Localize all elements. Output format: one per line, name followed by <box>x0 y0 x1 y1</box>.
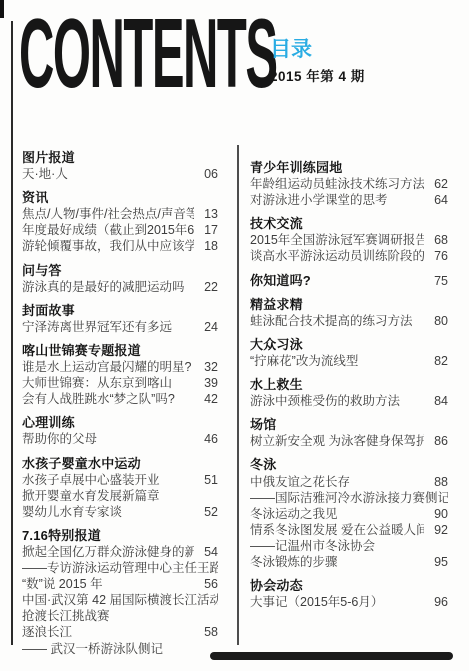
entry-page-number: 62 <box>430 176 448 192</box>
contents-page: CONTENTS 目录 2015 年第 4 期 图片报道天·地·人06资讯焦点/… <box>0 0 469 671</box>
entry-title: 中俄友谊之花长存 <box>250 474 424 490</box>
toc-entry: 谈高水平游泳运动员训练阶段的划分76 <box>250 248 448 264</box>
section-heading-label: 你知道吗? <box>250 273 424 289</box>
toc-entry: 中国·武汉第 42 届国际横渡长江活动暨 <box>22 592 218 608</box>
toc-section: 协会动态大事记（2015年5-6月）96 <box>250 578 448 610</box>
entry-title: 大事记（2015年5-6月） <box>250 594 424 610</box>
entry-page-number: 95 <box>430 554 448 570</box>
toc-entry: 大师世锦赛：从东京到喀山39 <box>22 375 218 391</box>
toc-entry: 天·地·人06 <box>22 166 218 182</box>
toc-entry: 水孩子卓展中心盛装开业51 <box>22 472 218 488</box>
section-heading: 冬泳 <box>250 457 448 473</box>
section-heading-label: 资讯 <box>22 190 218 206</box>
section-heading: 7.16特别报道 <box>22 528 218 544</box>
entry-title: 游轮倾覆事故，我们从中应该学到什么? <box>22 238 194 254</box>
entry-title: 谁是水上运动宫最闪耀的明星? <box>22 359 194 375</box>
entry-title: 宁泽涛离世界冠军还有多远 <box>22 319 194 335</box>
toc-entry: ——记温州市冬泳协会 <box>250 538 448 554</box>
toc-entry: ——国际洁雅河冷水游泳接力赛侧记 <box>250 490 448 506</box>
toc-section: 心理训练帮助你的父母46 <box>22 415 218 447</box>
entry-page-number: 51 <box>200 472 218 488</box>
entry-title: 对游泳进小学课堂的思考 <box>250 192 424 208</box>
left-vertical-rule <box>11 21 13 645</box>
toc-entry: 谁是水上运动宫最闪耀的明星?32 <box>22 359 218 375</box>
section-heading: 协会动态 <box>250 578 448 594</box>
entry-page-number: 46 <box>200 431 218 447</box>
entry-page-number: 39 <box>200 375 218 391</box>
toc-entry: 年度最好成绩（截止到2015年6月30日）17 <box>22 222 218 238</box>
toc-section: 场馆树立新安全观 为泳客健身保驾护航86 <box>250 417 448 449</box>
toc-section: 问与答游泳真的是最好的减肥运动吗22 <box>22 263 218 295</box>
toc-entry: 掀起全国亿万群众游泳健身的新高潮54 <box>22 544 218 560</box>
toc-entry: “数”说 2015 年56 <box>22 576 218 592</box>
toc-entry: 逐浪长江58 <box>22 624 218 640</box>
section-heading-label: 7.16特别报道 <box>22 528 218 544</box>
entry-title: 游泳真的是最好的减肥运动吗 <box>22 279 194 295</box>
section-heading-label: 冬泳 <box>250 457 448 473</box>
entry-page-number: 84 <box>430 393 448 409</box>
toc-entry: 冬泳锻炼的步骤95 <box>250 554 448 570</box>
print-corner-mark <box>0 0 4 18</box>
toc-section: 水孩子婴童水中运动水孩子卓展中心盛装开业51掀开婴童水育发展新篇章婴幼儿水育专家… <box>22 456 218 520</box>
section-heading-label: 封面故事 <box>22 303 218 319</box>
issue-label: 2015 年第 4 期 <box>270 65 365 85</box>
entry-title: ——国际洁雅河冷水游泳接力赛侧记 <box>250 490 448 506</box>
section-heading: 技术交流 <box>250 216 448 232</box>
toc-entry: 中俄友谊之花长存88 <box>250 474 448 490</box>
entry-page-number: 18 <box>200 238 218 254</box>
toc-entry: 掀开婴童水育发展新篇章 <box>22 488 218 504</box>
toc-entry: 对游泳进小学课堂的思考64 <box>250 192 448 208</box>
entry-page-number: 54 <box>200 544 218 560</box>
entry-page-number: 76 <box>430 248 448 264</box>
entry-page-number: 86 <box>430 433 448 449</box>
toc-entry: 年龄组运动员蛙泳技术练习方法62 <box>250 176 448 192</box>
section-heading-label: 青少年训练园地 <box>250 160 448 176</box>
toc-entry: “拧麻花”改为流线型82 <box>250 353 448 369</box>
entry-title: 2015年全国游泳冠军赛调研报告 <box>250 232 424 248</box>
section-heading-label: 精益求精 <box>250 297 448 313</box>
toc-entry: 冬泳运动之我见90 <box>250 506 448 522</box>
entry-title: 会有人战胜跳水“梦之队”吗? <box>22 391 194 407</box>
section-heading-label: 场馆 <box>250 417 448 433</box>
toc-section: 冬泳中俄友谊之花长存88——国际洁雅河冷水游泳接力赛侧记冬泳运动之我见90情系冬… <box>250 457 448 570</box>
toc-section: 资讯焦点/人物/事件/社会热点/声音等13年度最好成绩（截止到2015年6月30… <box>22 190 218 254</box>
toc-entry: 宁泽涛离世界冠军还有多远24 <box>22 319 218 335</box>
section-heading: 资讯 <box>22 190 218 206</box>
section-heading: 水上救生 <box>250 377 448 393</box>
entry-title: 天·地·人 <box>22 166 194 182</box>
entry-page-number: 88 <box>430 474 448 490</box>
section-heading: 场馆 <box>250 417 448 433</box>
entry-title: 树立新安全观 为泳客健身保驾护航 <box>250 433 424 449</box>
entry-page-number: 56 <box>200 576 218 592</box>
toc-entry: 游轮倾覆事故，我们从中应该学到什么?18 <box>22 238 218 254</box>
section-heading-label: 水孩子婴童水中运动 <box>22 456 218 472</box>
entry-title: ——专访游泳运动管理中心主任王路生 <box>22 560 218 576</box>
entry-page-number: 92 <box>430 522 448 538</box>
section-heading: 青少年训练园地 <box>250 160 448 176</box>
toc-entry: —— 武汉一桥游泳队侧记 <box>22 641 218 657</box>
toc-entry: 游泳真的是最好的减肥运动吗22 <box>22 279 218 295</box>
toc-entry: ——专访游泳运动管理中心主任王路生 <box>22 560 218 576</box>
section-heading: 图片报道 <box>22 150 218 166</box>
toc-section: 你知道吗?75 <box>250 273 448 289</box>
entry-title: 掀开婴童水育发展新篇章 <box>22 488 218 504</box>
entry-title: 冬泳锻炼的步骤 <box>250 554 424 570</box>
section-heading-label: 技术交流 <box>250 216 448 232</box>
toc-entry: 婴幼儿水育专家谈52 <box>22 504 218 520</box>
entry-page-number: 96 <box>430 594 448 610</box>
entry-title: 婴幼儿水育专家谈 <box>22 504 194 520</box>
entry-title: “数”说 2015 年 <box>22 576 194 592</box>
entry-page-number: 42 <box>200 391 218 407</box>
toc-entry: 2015年全国游泳冠军赛调研报告68 <box>250 232 448 248</box>
section-heading: 喀山世锦赛专题报道 <box>22 343 218 359</box>
toc-section: 大众习泳“拧麻花”改为流线型82 <box>250 337 448 369</box>
bottom-black-bar <box>210 652 453 660</box>
section-heading-label: 喀山世锦赛专题报道 <box>22 343 218 359</box>
toc-section: 7.16特别报道掀起全国亿万群众游泳健身的新高潮54——专访游泳运动管理中心主任… <box>22 528 218 657</box>
entry-page-number: 52 <box>200 504 218 520</box>
header-side: 目录 2015 年第 4 期 <box>270 38 365 85</box>
page-subtitle-cn: 目录 <box>270 38 365 61</box>
section-heading: 精益求精 <box>250 297 448 313</box>
entry-title: 抢渡长江挑战赛 <box>22 608 218 624</box>
toc-column-right: 青少年训练园地年龄组运动员蛙泳技术练习方法62对游泳进小学课堂的思考64技术交流… <box>250 160 448 618</box>
section-heading: 水孩子婴童水中运动 <box>22 456 218 472</box>
section-heading: 大众习泳 <box>250 337 448 353</box>
entry-title: 冬泳运动之我见 <box>250 506 424 522</box>
entry-title: 水孩子卓展中心盛装开业 <box>22 472 194 488</box>
toc-column-left: 图片报道天·地·人06资讯焦点/人物/事件/社会热点/声音等13年度最好成绩（截… <box>22 150 218 665</box>
toc-section: 封面故事宁泽涛离世界冠军还有多远24 <box>22 303 218 335</box>
toc-entry: 帮助你的父母46 <box>22 431 218 447</box>
entry-page-number: 13 <box>200 206 218 222</box>
toc-section: 水上救生游泳中颈椎受伤的救助方法84 <box>250 377 448 409</box>
entry-page-number: 80 <box>430 313 448 329</box>
page-title: CONTENTS <box>19 4 277 102</box>
entry-page-number: 68 <box>430 232 448 248</box>
toc-entry: 会有人战胜跳水“梦之队”吗?42 <box>22 391 218 407</box>
entry-title: 年度最好成绩（截止到2015年6月30日） <box>22 222 194 238</box>
entry-title: ——记温州市冬泳协会 <box>250 538 448 554</box>
entry-title: 逐浪长江 <box>22 624 194 640</box>
toc-section: 技术交流2015年全国游泳冠军赛调研报告68谈高水平游泳运动员训练阶段的划分76 <box>250 216 448 264</box>
section-heading-label: 协会动态 <box>250 578 448 594</box>
entry-page-number: 90 <box>430 506 448 522</box>
section-heading: 问与答 <box>22 263 218 279</box>
entry-title: “拧麻花”改为流线型 <box>250 353 424 369</box>
entry-title: 蛙泳配合技术提高的练习方法 <box>250 313 424 329</box>
entry-title: 焦点/人物/事件/社会热点/声音等 <box>22 206 194 222</box>
entry-page-number: 22 <box>200 279 218 295</box>
section-heading: 心理训练 <box>22 415 218 431</box>
entry-page-number: 06 <box>200 166 218 182</box>
toc-entry: 抢渡长江挑战赛 <box>22 608 218 624</box>
toc-entry: 树立新安全观 为泳客健身保驾护航86 <box>250 433 448 449</box>
toc-entry: 情系冬泳图发展 爱在公益暖人间92 <box>250 522 448 538</box>
section-heading-label: 问与答 <box>22 263 218 279</box>
toc-section: 青少年训练园地年龄组运动员蛙泳技术练习方法62对游泳进小学课堂的思考64 <box>250 160 448 208</box>
entry-title: 游泳中颈椎受伤的救助方法 <box>250 393 424 409</box>
entry-title: 大师世锦赛：从东京到喀山 <box>22 375 194 391</box>
entry-title: 中国·武汉第 42 届国际横渡长江活动暨 <box>22 592 218 608</box>
entry-page-number: 64 <box>430 192 448 208</box>
entry-title: 年龄组运动员蛙泳技术练习方法 <box>250 176 424 192</box>
entry-title: 掀起全国亿万群众游泳健身的新高潮 <box>22 544 194 560</box>
section-heading: 你知道吗?75 <box>250 273 448 289</box>
entry-title: —— 武汉一桥游泳队侧记 <box>22 641 218 657</box>
section-heading: 封面故事 <box>22 303 218 319</box>
toc-entry: 焦点/人物/事件/社会热点/声音等13 <box>22 206 218 222</box>
entry-title: 情系冬泳图发展 爱在公益暖人间 <box>250 522 424 538</box>
section-heading-label: 心理训练 <box>22 415 218 431</box>
section-heading-page: 75 <box>430 273 448 289</box>
entry-page-number: 82 <box>430 353 448 369</box>
section-heading-label: 大众习泳 <box>250 337 448 353</box>
section-heading-label: 水上救生 <box>250 377 448 393</box>
column-divider-rule <box>237 145 239 645</box>
toc-section: 喀山世锦赛专题报道谁是水上运动宫最闪耀的明星?32大师世锦赛：从东京到喀山39会… <box>22 343 218 407</box>
toc-entry: 游泳中颈椎受伤的救助方法84 <box>250 393 448 409</box>
toc-entry: 大事记（2015年5-6月）96 <box>250 594 448 610</box>
entry-page-number: 32 <box>200 359 218 375</box>
section-heading-label: 图片报道 <box>22 150 218 166</box>
entry-page-number: 58 <box>200 624 218 640</box>
entry-title: 帮助你的父母 <box>22 431 194 447</box>
entry-title: 谈高水平游泳运动员训练阶段的划分 <box>250 248 424 264</box>
toc-section: 精益求精蛙泳配合技术提高的练习方法80 <box>250 297 448 329</box>
toc-section: 图片报道天·地·人06 <box>22 150 218 182</box>
entry-page-number: 24 <box>200 319 218 335</box>
toc-entry: 蛙泳配合技术提高的练习方法80 <box>250 313 448 329</box>
entry-page-number: 17 <box>200 222 218 238</box>
